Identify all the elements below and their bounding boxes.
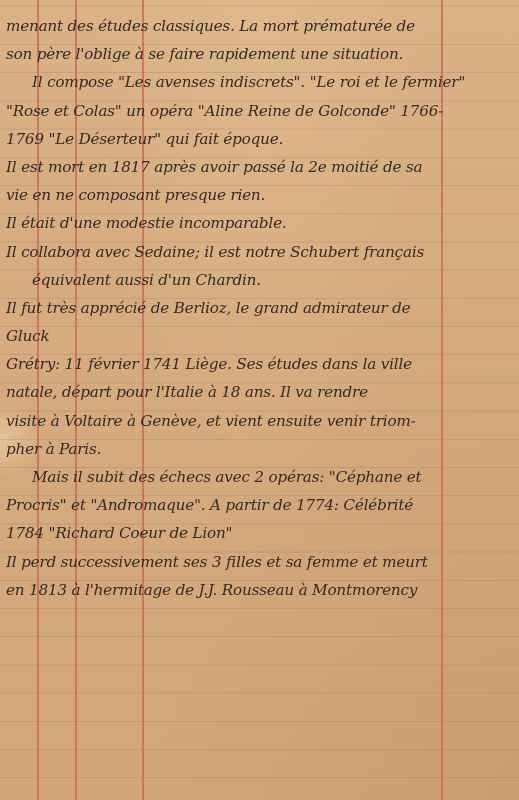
text-line: Procris" et "Andromaque". A partir de 17… xyxy=(6,491,518,519)
text-line: en 1813 à l'hermitage de J.J. Rousseau à… xyxy=(6,576,518,604)
text-line: natale, départ pour l'Italie à 18 ans. I… xyxy=(6,378,518,406)
text-line: Il compose "Les avenses indiscrets". "Le… xyxy=(6,68,518,96)
text-line: Grétry: 11 février 1741 Liège. Ses étude… xyxy=(6,350,518,378)
text-line: "Rose et Colas" un opéra "Aline Reine de… xyxy=(6,97,518,125)
handwritten-text: menant des études classiques. La mort pr… xyxy=(6,12,518,604)
notebook-page: menant des études classiques. La mort pr… xyxy=(0,0,519,800)
text-line: Il fut très apprécié de Berlioz, le gran… xyxy=(6,294,518,322)
text-line: Il était d'une modestie incomparable. xyxy=(6,209,518,237)
text-line: Il collabora avec Sedaine; il est notre … xyxy=(6,238,518,266)
text-line: Mais il subit des échecs avec 2 opéras: … xyxy=(6,463,518,491)
text-line: menant des études classiques. La mort pr… xyxy=(6,12,518,40)
text-line: équivalent aussi d'un Chardin. xyxy=(6,266,518,294)
text-line: 1784 "Richard Coeur de Lion" xyxy=(6,519,518,547)
text-line: 1769 "Le Déserteur" qui fait époque. xyxy=(6,125,518,153)
text-line: vie en ne composant presque rien. xyxy=(6,181,518,209)
text-line: visite à Voltaire à Genève, et vient ens… xyxy=(6,407,518,435)
text-line: Il est mort en 1817 après avoir passé la… xyxy=(6,153,518,181)
text-line: Gluck xyxy=(6,322,518,350)
text-line: son père l'oblige à se faire rapidement … xyxy=(6,40,518,68)
text-line: pher à Paris. xyxy=(6,435,518,463)
text-line: Il perd successivement ses 3 filles et s… xyxy=(6,548,518,576)
